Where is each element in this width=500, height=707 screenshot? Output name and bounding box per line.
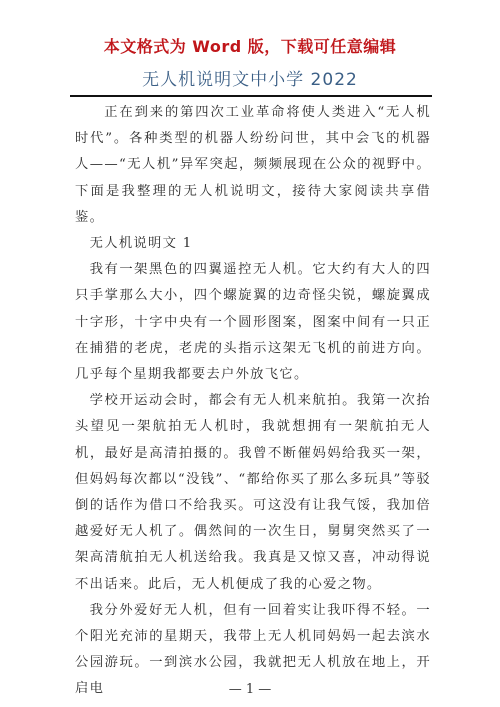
body-paragraph: 我有一架黑色的四翼遥控无人机。它大约有大人的四只手掌那么大小，四个螺旋翼的边奇怪… [75, 257, 431, 388]
body-paragraph: 学校开运动会时，都会有无人机来航拍。我第一次抬头望见一架航拍无人机时，我就想拥有… [75, 388, 431, 598]
header-divider [70, 95, 432, 97]
page-number: — 1 — [0, 682, 500, 697]
document-title: 无人机说明文中小学 2022 [0, 65, 500, 90]
intro-paragraph: 正在到来的第四次工业革命将使人类进入“无人机时代”。各种类型的机器人纷纷问世，其… [75, 100, 431, 231]
document-body: 正在到来的第四次工业革命将使人类进入“无人机时代”。各种类型的机器人纷纷问世，其… [75, 100, 431, 703]
word-format-banner: 本文格式为 Word 版，下载可任意编辑 [0, 34, 500, 57]
section-heading: 无人机说明文 1 [75, 231, 431, 257]
